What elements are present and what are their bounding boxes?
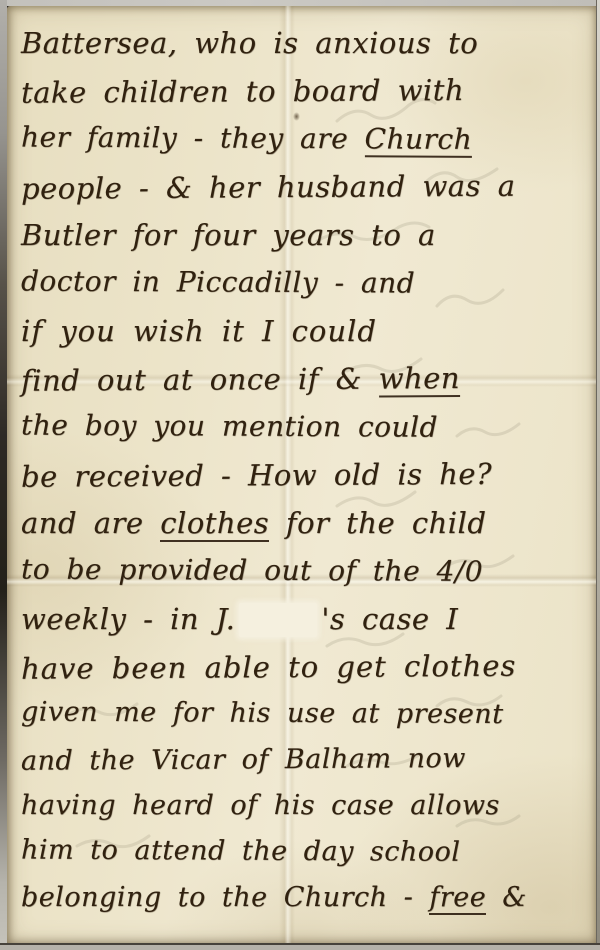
text-segment: find out at once if &	[21, 362, 379, 398]
letter-line: the boy you mention could	[21, 402, 591, 453]
scan-edge-top	[0, 0, 600, 6]
letter-line: be received - How old is he?	[21, 449, 591, 500]
letter-body: Battersea, who is anxious totake childre…	[7, 6, 597, 945]
text-segment: the boy you mention could	[21, 409, 438, 444]
letter-line: have been able to get clothes	[21, 641, 591, 692]
text-segment: Battersea, who is anxious to	[21, 26, 478, 60]
underlined-word: when	[379, 361, 461, 397]
text-segment: and are	[21, 506, 160, 540]
underlined-word: Church	[365, 122, 473, 158]
letter-line: people - & her husband was a	[21, 161, 591, 212]
underlined-word: clothes	[160, 506, 269, 542]
scan-edge-left	[0, 0, 7, 950]
scan-edge-bottom	[0, 943, 600, 950]
letter-line: find out at once if & when	[21, 353, 591, 404]
text-segment: be received - How old is he?	[21, 457, 492, 494]
letter-line: Butler for four years to a	[21, 211, 591, 259]
letter-line: take children to board with	[21, 65, 591, 116]
letter-paper: Battersea, who is anxious totake childre…	[7, 6, 597, 945]
text-segment: her family - they are	[21, 121, 365, 156]
text-segment: if you wish it I could	[21, 314, 377, 348]
letter-line: Battersea, who is anxious to	[21, 19, 591, 67]
letter-line: and the Vicar of Balham now	[21, 735, 591, 784]
letter-line: weekly - in J.'s case I	[21, 595, 591, 643]
letter-line: her family - they are Church	[21, 114, 591, 165]
text-segment: having heard of his case allows	[21, 790, 500, 821]
text-segment: have been able to get clothes	[21, 649, 517, 686]
letter-line: and are clothes for the child	[21, 499, 591, 547]
text-segment: to be provided out of the 4/0	[21, 553, 483, 588]
letter-line: belonging to the Church - free &	[21, 875, 591, 921]
underlined-word: free	[429, 882, 486, 915]
letter-line: him to attend the day school	[21, 828, 591, 877]
text-segment: take children to board with	[21, 73, 464, 110]
text-segment: for the child	[269, 506, 486, 540]
text-segment: &	[486, 882, 527, 913]
scanned-letter: Battersea, who is anxious totake childre…	[0, 0, 600, 950]
letter-line: to be provided out of the 4/0	[21, 546, 591, 597]
text-segment: given me for his use at present	[21, 697, 504, 731]
redaction-patch	[239, 603, 317, 637]
letter-line: having heard of his case allows	[21, 783, 591, 829]
text-segment: belonging to the Church -	[21, 882, 429, 913]
text-segment: people - & her husband was a	[21, 169, 516, 206]
text-segment: 's case I	[321, 602, 458, 636]
text-segment: doctor in Piccadilly - and	[21, 265, 415, 300]
text-segment: him to attend the day school	[21, 835, 461, 868]
text-segment: and the Vicar of Balham now	[21, 743, 466, 777]
text-segment: Butler for four years to a	[21, 218, 436, 252]
text-segment: weekly - in J.	[21, 602, 235, 636]
letter-line: given me for his use at present	[21, 690, 591, 739]
scan-edge-right	[596, 0, 600, 950]
letter-line: if you wish it I could	[21, 307, 591, 355]
letter-line: doctor in Piccadilly - and	[21, 258, 591, 309]
